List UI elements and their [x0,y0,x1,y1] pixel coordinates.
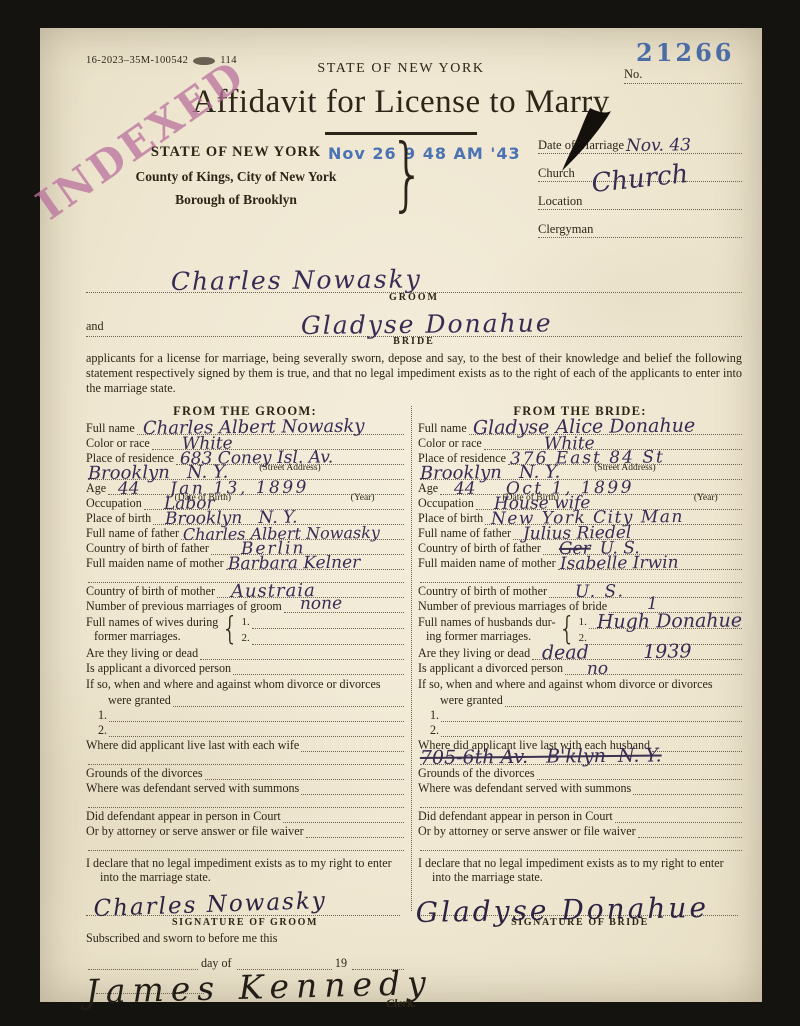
field-row: Where did applicant live last with each … [86,737,404,752]
field-row [418,838,742,851]
handwritten-value: no [587,660,608,677]
field-row: 705-6th Av. B'klyn N. Y. [418,752,742,765]
divorce-clause-line1: If so, when and where and against whom d… [86,678,404,692]
field-label: Where was defendant served with summons [418,782,631,795]
field-row: Where was defendant served with summons [418,780,742,795]
groom-name-line: Charles Nowasky GROOM [86,262,742,293]
license-number-line: No. [624,68,742,84]
dotted-line [252,615,404,629]
field-row: Grounds of the divorces [86,765,404,780]
form-brace: } [390,130,426,218]
dotted-line [283,808,404,823]
clerk-signature-handwriting: James Kennedy [85,966,433,1008]
field-row [418,795,742,808]
dotted-line [109,707,404,722]
affidavit-document: 16-2023–35M-100542 114 STATE OF NEW YORK… [40,28,762,1002]
date-of-marriage-value: Nov. 43 [626,137,691,155]
field-row: Where was defendant served with summons [86,780,404,795]
clergyman-label: Clergyman [538,223,593,237]
field-row: Full maiden name of mother Barbara Kelne… [86,555,404,570]
dotted-line [638,823,742,838]
field-label: Did defendant appear in person in Court [86,810,281,823]
dotted-line [615,808,742,823]
field-label: 1. [86,709,107,722]
dotted-line [233,660,404,675]
field-label: Where did applicant live last with each … [86,739,299,752]
dotted-line [420,838,742,851]
handwritten-value: U. S. [575,583,625,601]
clergyman-row: Clergyman [538,220,742,238]
dotted-line: dead 1939 [532,645,742,660]
field-row: Country of birth of mother U. S. [418,583,742,598]
dotted-line [173,692,404,707]
spouse-line-1: 1. [242,615,404,629]
bride-signature-block: Gladyse Donahue SIGNATURE OF BRIDE [418,889,742,933]
dotted-line [652,737,742,752]
field-row: Did defendant appear in person in Court [418,808,742,823]
field-label: Country of birth of mother [418,585,547,598]
dotted-line [88,954,198,970]
field-row: Did defendant appear in person in Court [86,808,404,823]
handwritten-value: Charles Albert Nowasky [143,417,365,437]
field-row: Full name Gladyse Alice Donahue [418,420,742,435]
dotted-line: none [284,598,404,613]
dotted-line: Charles Albert Nowasky [137,420,404,435]
age-value: 44 [454,480,476,497]
field-row: 1. [418,707,742,722]
former-spouses-block: Full names of wives during former marria… [86,615,404,645]
dotted-line [252,631,404,645]
handwritten-value: Isabelle Irwin [560,554,679,572]
field-label: were granted [86,694,171,707]
field-row: Or by attorney or serve answer or file w… [418,823,742,838]
field-label: Full name [86,422,135,435]
dotted-line [633,780,742,795]
groom-column: FROM THE GROOM: Full name Charles Albert… [86,404,404,1010]
spouse-number: 1. [579,617,587,629]
field-label: Grounds of the divorces [86,767,203,780]
brace-glyph: { [221,611,238,648]
former-spouses-label-line1: Full names of husbands dur- [418,616,555,630]
form-body: Charles Nowasky GROOM and Gladyse Donahu… [86,262,742,1010]
dotted-line [205,765,404,780]
field-label: 2. [86,724,107,737]
field-label: Full maiden name of mother [86,557,224,570]
former-spouses-label-line2: ing former marriages. [418,630,555,644]
dotted-line [441,722,742,737]
dotted-line [306,823,404,838]
spouse-line-1: 1. Hugh Donahue [579,615,742,629]
bride-signature-handwriting: Gladyse Donahue [416,894,710,927]
dotted-line [88,838,404,851]
field-label: Color or race [86,437,150,450]
field-row: Full name Charles Albert Nowasky [86,420,404,435]
field-label: Where was defendant served with summons [86,782,299,795]
field-label: Place of birth [86,512,151,525]
field-row: were granted [418,692,742,707]
handwritten-value: dead 1939 [542,642,692,663]
dotted-line [301,737,404,752]
divorce-clause-line1: If so, when and where and against whom d… [418,678,742,692]
jurisdiction-line2: County of Kings, City of New York [102,169,370,185]
bride-column: FROM THE BRIDE: Full name Gladyse Alice … [418,404,742,1010]
bride-name-line: and Gladyse Donahue BRIDE [86,306,742,337]
former-spouses-block: Full names of husbands dur- ing former m… [418,615,742,645]
field-label: Full name [418,422,467,435]
field-label: 2. [418,724,439,737]
location-row: Location [538,192,742,210]
handwritten-value: Hugh Donahue [597,611,742,632]
dotted-line: 705-6th Av. B'klyn N. Y. [420,752,742,765]
field-label: Or by attorney or serve answer or file w… [418,825,636,838]
field-row: 2. [86,722,404,737]
field-row: Place of birth New York City Man [418,510,742,525]
dotted-line: Hugh Donahue [589,615,742,629]
field-label: Country of birth of mother [86,585,215,598]
dotted-line [505,692,742,707]
dotted-line [109,722,404,737]
dotted-line [420,795,742,808]
received-date-stamp: Nov 26 [328,144,397,163]
former-spouses-label: Full names of wives during former marria… [86,616,218,644]
field-row: Full name of father Charles Albert Nowas… [86,525,404,540]
license-number-stamp: 21266 [636,38,735,67]
field-row: Is applicant a divorced person [86,660,404,675]
dotted-line: Barbara Kelner [226,555,404,570]
groom-declaration: I declare that no legal impediment exist… [86,856,404,885]
handwritten-value: Barbara Kelner [228,554,360,572]
field-label: Full maiden name of mother [418,557,556,570]
field-label: Did defendant appear in person in Court [418,810,613,823]
former-spouses-lines: 1. 2. [242,615,404,645]
bride-declaration: I declare that no legal impediment exist… [418,856,742,885]
oath-paragraph: applicants for a license for marriage, b… [86,351,742,396]
groom-signature-block: Charles Nowasky SIGNATURE OF GROOM [86,889,404,927]
field-label: were granted [418,694,503,707]
ink-blot [560,108,614,172]
field-row: Are they living or dead [86,645,404,660]
dotted-line: U. S. [549,583,742,598]
field-label: Is applicant a divorced person [86,662,231,675]
former-spouses-label: Full names of husbands dur- ing former m… [418,616,555,644]
bride-name-handwriting: Gladyse Donahue [301,310,553,338]
former-spouses-label-line2: former marriages. [86,630,218,644]
field-row: Full name of father Julius Riedel [418,525,742,540]
field-label: 1. [418,709,439,722]
former-spouses-label-line1: Full names of wives during [86,616,218,630]
spouse-number: 1. [242,617,250,629]
dotted-line: Gladyse Alice Donahue [469,420,742,435]
field-row: Age 44 Jan 13, 1899 (Date of Birth) (Yea… [86,480,404,495]
field-row: Country of birth of father GerU. S. [418,540,742,555]
field-label: Place of birth [418,512,483,525]
dotted-line [88,752,404,765]
age-value: 44 [118,480,140,497]
dotted-line [88,795,404,808]
field-row [86,795,404,808]
sworn-text: Subscribed and sworn to before me this [86,931,404,946]
field-row [86,752,404,765]
field-label: Are they living or dead [418,647,530,660]
field-row: were granted [86,692,404,707]
spouse-number: 2. [242,633,250,645]
column-divider [411,406,412,911]
field-row [86,838,404,851]
field-row: Full maiden name of mother Isabelle Irwi… [418,555,742,570]
field-row: Country of birth of mother Austraia [86,583,404,598]
no-label: No. [624,67,642,82]
location-label: Location [538,195,582,209]
groom-name-handwriting: Charles Nowasky [171,266,422,294]
columns: FROM THE GROOM: Full name Charles Albert… [86,404,742,1010]
field-row: Are they living or dead dead 1939 [418,645,742,660]
field-label: Or by attorney or serve answer or file w… [86,825,304,838]
dotted-line: Isabelle Irwin [558,555,742,570]
dotted-line [441,707,742,722]
handwritten-value: none [300,595,342,612]
field-row: 1. [86,707,404,722]
dotted-line [200,645,404,660]
clerk-signature-block: James Kennedy Clerk. [86,970,404,1010]
field-label: Are they living or dead [86,647,198,660]
handwritten-value-struck: 705-6th Av. B'klyn N. Y. [420,746,662,768]
dotted-line [301,780,404,795]
dotted-line: Charles Albert Nowasky [181,525,404,540]
field-row: Or by attorney or serve answer or file w… [86,823,404,838]
field-row: 2. [418,722,742,737]
and-label: and [86,319,104,334]
jurisdiction-line3: Borough of Brooklyn [102,192,370,208]
spouse-line-2: 2. [242,631,404,645]
